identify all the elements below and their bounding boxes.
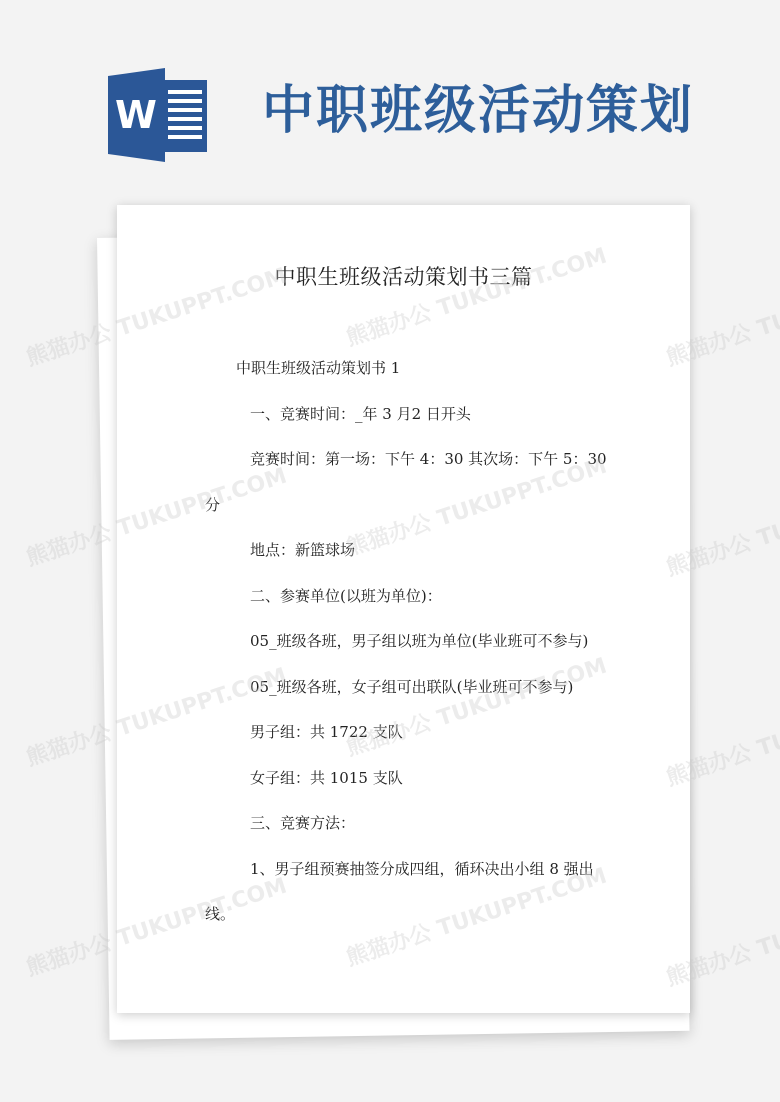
doc-line: 一、竞赛时间：_年 3 月2 日开头 <box>250 403 471 424</box>
page-title: 中职班级活动策划 <box>262 76 694 146</box>
word-document-icon: W <box>108 68 208 162</box>
doc-line: 竞赛时间：第一场：下午 4：30 其次场：下午 5：30 <box>250 448 607 469</box>
doc-line: 男子组：共 1722 支队 <box>250 721 403 742</box>
doc-line: 分 <box>205 494 220 515</box>
doc-line: 中职生班级活动策划书 1 <box>236 357 400 378</box>
document-title: 中职生班级活动策划书三篇 <box>117 261 690 291</box>
doc-line: 三、竞赛方法： <box>250 812 355 833</box>
doc-line: 二、参赛单位(以班为单位)： <box>250 585 442 606</box>
document-page: 中职生班级活动策划书三篇 中职生班级活动策划书 1 一、竞赛时间：_年 3 月2… <box>117 205 690 1013</box>
doc-line: 线。 <box>205 903 235 924</box>
doc-line: 1、男子组预赛抽签分成四组，循环决出小组 8 强出 <box>250 858 594 879</box>
header-banner: W 中职班级活动策划 <box>0 0 780 190</box>
doc-line: 地点：新篮球场 <box>250 539 355 560</box>
doc-line: 05_班级各班，男子组以班为单位(毕业班可不参与) <box>250 630 588 651</box>
svg-text:W: W <box>115 93 157 137</box>
doc-line: 05_班级各班，女子组可出联队(毕业班可不参与) <box>250 676 573 697</box>
doc-line: 女子组：共 1015 支队 <box>250 767 403 788</box>
